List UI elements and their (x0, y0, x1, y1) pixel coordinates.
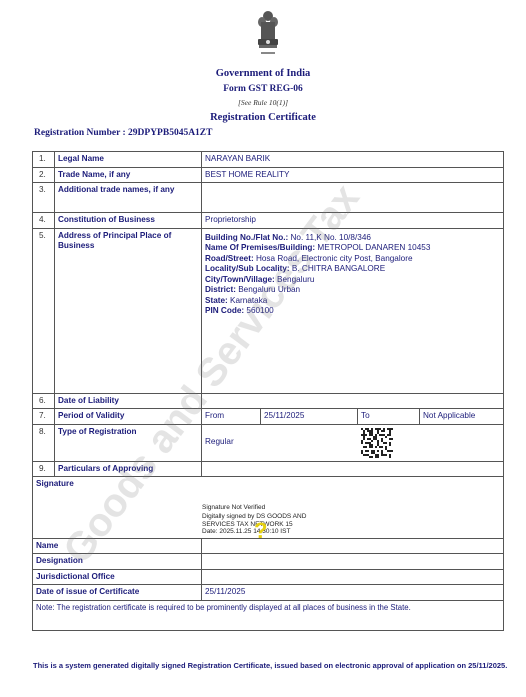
table-row: 3. Additional trade names, if any (33, 183, 504, 213)
footer-disclaimer: This is a system generated digitally sig… (33, 660, 513, 672)
table-row: 4. Constitution of Business Proprietorsh… (33, 213, 504, 229)
address-field-label: Road/Street: (205, 254, 254, 263)
address-field-label: PIN Code: (205, 306, 244, 315)
note-text: Note: The registration certificate is re… (33, 600, 504, 630)
table-row: 2. Trade Name, if any BEST HOME REALITY (33, 167, 504, 183)
row-number: 5. (33, 228, 55, 393)
issue-date-value: 25/11/2025 (202, 585, 504, 601)
row-label: Constitution of Business (55, 213, 202, 229)
note-row: Note: The registration certificate is re… (33, 600, 504, 630)
table-row: Designation (33, 554, 504, 570)
row-number: 8. (33, 424, 55, 461)
jurisdictional-office-value (202, 569, 504, 585)
table-row: 1. Legal Name NARAYAN BARIK (33, 152, 504, 168)
signature-unverified-icon: ? (254, 518, 267, 544)
signature-date: Date: 2025.11.25 14:30:10 IST (202, 528, 500, 536)
address-field-label: Locality/Sub Locality: (205, 264, 290, 273)
row-label: Address of Principal Place of Business (55, 228, 202, 393)
address-road: Hosa Road, Electronic city Post, Bangalo… (254, 254, 413, 263)
jurisdictional-office-label: Jurisdictional Office (33, 569, 202, 585)
row-number: 4. (33, 213, 55, 229)
table-row: 6. Date of Liability (33, 393, 504, 409)
government-title: Government of India (0, 68, 526, 79)
row-label: Additional trade names, if any (55, 183, 202, 213)
row-label: Trade Name, if any (55, 167, 202, 183)
row-label: Date of Liability (55, 393, 202, 409)
approver-name-label: Name (33, 538, 202, 554)
address-field-label: State: (205, 296, 228, 305)
table-row: 5. Address of Principal Place of Busines… (33, 228, 504, 393)
signature-status: Signature Not Verified (202, 504, 500, 512)
address-locality: B. CHITRA BANGALORE (290, 264, 386, 273)
digital-signature-block: Signature Not Verified Digitally signed … (202, 504, 500, 536)
validity-to-value: Not Applicable (420, 409, 504, 425)
address-city: Bengaluru (275, 275, 315, 284)
table-row: 7. Period of Validity From 25/11/2025 To… (33, 409, 504, 425)
table-row: 9. Particulars of Approving (33, 461, 504, 477)
signature-label: Signature (36, 479, 176, 490)
row-number: 7. (33, 409, 55, 425)
issue-date-label: Date of issue of Certificate (33, 585, 202, 601)
table-row: Jurisdictional Office (33, 569, 504, 585)
address-value: Building No./Flat No.: No. 11,K No. 10/8… (202, 228, 504, 393)
approving-particulars-value (202, 461, 504, 477)
address-field-label: City/Town/Village: (205, 275, 275, 284)
address-building: No. 11,K No. 10/8/346 (288, 233, 371, 242)
approver-name-value (202, 538, 504, 554)
certificate-title: Registration Certificate (0, 112, 526, 123)
row-label: Legal Name (55, 152, 202, 168)
certificate-table: 1. Legal Name NARAYAN BARIK 2. Trade Nam… (32, 151, 504, 631)
row-number: 2. (33, 167, 55, 183)
state-emblem-icon (253, 8, 283, 60)
additional-trade-names-value (202, 183, 504, 213)
validity-from-date: 25/11/2025 (261, 409, 358, 425)
legal-name-value: NARAYAN BARIK (202, 152, 504, 168)
row-label: Period of Validity (55, 409, 202, 425)
address-field-label: Name Of Premises/Building: (205, 243, 315, 252)
signature-signed-by-line2: SERVICES TAX NETWORK 15 (202, 521, 500, 529)
table-row: Date of issue of Certificate 25/11/2025 (33, 585, 504, 601)
row-label: Type of Registration (55, 424, 202, 461)
registration-number: Registration Number : 29DPYPB5045A1ZT (34, 128, 212, 138)
signature-cell: Signature Signature Not Verified Digital… (33, 477, 504, 539)
signature-signed-by: Digitally signed by DS GOODS AND (202, 513, 500, 521)
row-number: 1. (33, 152, 55, 168)
address-pin: 560100 (244, 306, 274, 315)
address-district: Bengaluru Urban (236, 285, 300, 294)
validity-from-label: From (202, 409, 261, 425)
row-label: Particulars of Approving (55, 461, 202, 477)
registration-type-value: Regular (202, 424, 358, 461)
table-row: 8. Type of Registration Regular (33, 424, 504, 461)
validity-to-label: To (358, 409, 420, 425)
row-number: 6. (33, 393, 55, 409)
registration-number-value: 29DPYPB5045A1ZT (128, 128, 212, 138)
rule-reference: [See Rule 10(1)] (0, 98, 526, 107)
address-field-label: Building No./Flat No.: (205, 233, 288, 242)
table-row: Name (33, 538, 504, 554)
qr-cell (358, 424, 504, 461)
row-number: 3. (33, 183, 55, 213)
designation-label: Designation (33, 554, 202, 570)
address-state: Karnataka (228, 296, 268, 305)
address-field-label: District: (205, 285, 236, 294)
constitution-value: Proprietorship (202, 213, 504, 229)
qr-code-icon (361, 428, 393, 458)
trade-name-value: BEST HOME REALITY (202, 167, 504, 183)
designation-value (202, 554, 504, 570)
form-name: Form GST REG-06 (0, 84, 526, 94)
date-of-liability-value (202, 393, 504, 409)
registration-number-label: Registration Number : (34, 128, 128, 138)
signature-row: Signature Signature Not Verified Digital… (33, 477, 504, 539)
address-premises: METROPOL DANAREN 10453 (315, 243, 430, 252)
row-number: 9. (33, 461, 55, 477)
